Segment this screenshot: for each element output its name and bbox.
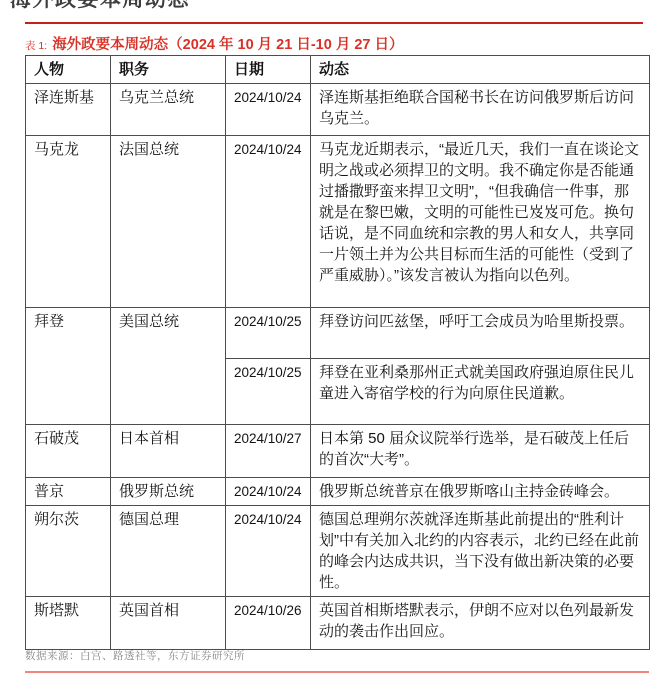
section-heading: 海外政要本周动态 (10, 0, 190, 10)
date-cell: 2024/10/27 (226, 425, 311, 478)
position-cell: 美国总统 (111, 308, 226, 425)
position-cell: 俄罗斯总统 (111, 478, 226, 506)
position-cell: 日本首相 (111, 425, 226, 478)
table-row: 朔尔茨 德国总理 2024/10/24 德国总理朔尔茨就泽连斯基此前提出的“胜利… (26, 506, 650, 597)
person-cell: 泽连斯基 (26, 84, 111, 136)
news-table: 人物 职务 日期 动态 泽连斯基 乌克兰总统 2024/10/24 泽连斯基拒绝… (25, 55, 650, 650)
date-cell: 2024/10/26 (226, 597, 311, 650)
table-caption-label: 表 1: (25, 40, 47, 52)
position-cell: 英国首相 (111, 597, 226, 650)
news-cell: 英国首相斯塔默表示，伊朗不应对以色列最新发动的袭击作出回应。 (311, 597, 650, 650)
top-red-rule (25, 22, 643, 24)
person-cell: 斯塔默 (26, 597, 111, 650)
header-news: 动态 (311, 56, 650, 84)
position-cell: 法国总统 (111, 136, 226, 308)
news-cell: 俄罗斯总统普京在俄罗斯喀山主持金砖峰会。 (311, 478, 650, 506)
header-date: 日期 (226, 56, 311, 84)
position-cell: 乌克兰总统 (111, 84, 226, 136)
table-row: 拜登 美国总统 2024/10/25 拜登访问匹兹堡，呼吁工会成员为哈里斯投票。 (26, 308, 650, 359)
table-caption-title: 海外政要本周动态（2024 年 10 月 21 日-10 月 27 日） (52, 37, 403, 53)
header-person: 人物 (26, 56, 111, 84)
news-cell: 马克龙近期表示，“最近几天，我们一直在谈论文明之战或必须捍卫的文明。我不确定你是… (311, 136, 650, 308)
news-cell: 泽连斯基拒绝联合国秘书长在访问俄罗斯后访问乌克兰。 (311, 84, 650, 136)
news-cell: 日本第 50 届众议院举行选举，是石破茂上任后的首次“大考”。 (311, 425, 650, 478)
position-cell: 德国总理 (111, 506, 226, 597)
person-cell: 朔尔茨 (26, 506, 111, 597)
date-cell: 2024/10/24 (226, 84, 311, 136)
date-cell: 2024/10/25 (226, 359, 311, 425)
person-cell: 石破茂 (26, 425, 111, 478)
table-header-row: 人物 职务 日期 动态 (26, 56, 650, 84)
news-cell: 拜登访问匹兹堡，呼吁工会成员为哈里斯投票。 (311, 308, 650, 359)
person-cell: 普京 (26, 478, 111, 506)
news-table-wrap: 人物 职务 日期 动态 泽连斯基 乌克兰总统 2024/10/24 泽连斯基拒绝… (25, 55, 649, 650)
date-cell: 2024/10/24 (226, 136, 311, 308)
table-row: 普京 俄罗斯总统 2024/10/24 俄罗斯总统普京在俄罗斯喀山主持金砖峰会。 (26, 478, 650, 506)
header-position: 职务 (111, 56, 226, 84)
table-row: 马克龙 法国总统 2024/10/24 马克龙近期表示，“最近几天，我们一直在谈… (26, 136, 650, 308)
table-caption: 表 1:海外政要本周动态（2024 年 10 月 21 日-10 月 27 日） (25, 33, 404, 54)
date-cell: 2024/10/24 (226, 478, 311, 506)
table-row: 石破茂 日本首相 2024/10/27 日本第 50 届众议院举行选举，是石破茂… (26, 425, 650, 478)
person-cell: 马克龙 (26, 136, 111, 308)
person-cell: 拜登 (26, 308, 111, 425)
table-row: 泽连斯基 乌克兰总统 2024/10/24 泽连斯基拒绝联合国秘书长在访问俄罗斯… (26, 84, 650, 136)
bottom-red-rule (25, 671, 649, 673)
report-page: 海外政要本周动态 表 1:海外政要本周动态（2024 年 10 月 21 日-1… (0, 0, 655, 682)
data-source-note: 数据来源：白宫、路透社等，东方证券研究所 (25, 648, 245, 663)
news-cell: 拜登在亚利桑那州正式就美国政府强迫原住民儿童进入寄宿学校的行为向原住民道歉。 (311, 359, 650, 425)
date-cell: 2024/10/25 (226, 308, 311, 359)
news-cell: 德国总理朔尔茨就泽连斯基此前提出的“胜利计划”中有关加入北约的内容表示，北约已经… (311, 506, 650, 597)
table-row: 斯塔默 英国首相 2024/10/26 英国首相斯塔默表示，伊朗不应对以色列最新… (26, 597, 650, 650)
date-cell: 2024/10/24 (226, 506, 311, 597)
